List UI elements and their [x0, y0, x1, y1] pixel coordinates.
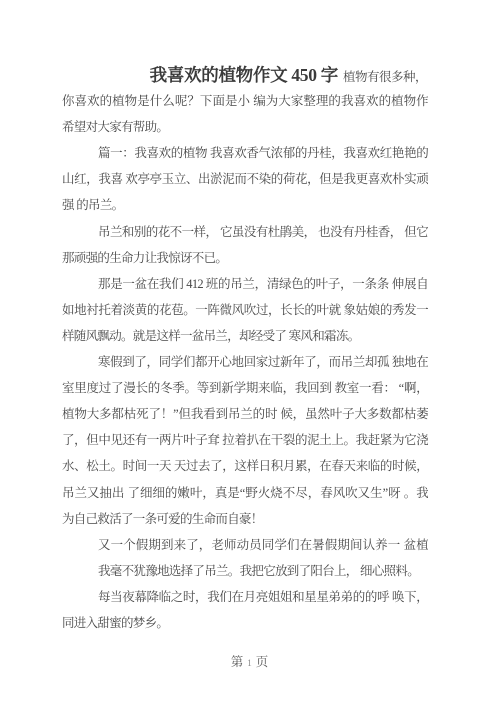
text-line: 那顽强的生命力让我惊讶不已。 [62, 245, 428, 271]
page-footer-suffix: 页 [256, 655, 270, 669]
page-footer-prefix: 第 [231, 655, 245, 669]
document-title-line: 我喜欢的植物作文 450 字植物有很多种， [0, 62, 500, 88]
text-line: 水、松土。时间一天 天过去了，这样日积月累，在春天来临的时候， [62, 453, 428, 479]
document-title: 我喜欢的植物作文 450 字 [150, 65, 338, 85]
text-line: 每当夜幕降临之时，我们在月亮姐姐和星星弟弟的的呼 唤下，共 [62, 584, 428, 610]
text-line: 为自己救活了一条可爱的生命而自豪！ [62, 506, 428, 532]
text-line: 室里度过了漫长的冬季。等到新学期来临，我回到 教室一看： “啊， [62, 375, 428, 401]
text-line: 寒假到了，同学们都开心地回家过新年了，而吊兰却孤 独地在教 [62, 349, 428, 375]
text-line: 篇一：我喜欢的植物 我喜欢香气浓郁的丹桂，我喜欢红艳艳的映 [62, 140, 428, 166]
text-line: 我毫不犹豫地选择了吊兰。我把它放到了阳台上， 细心照料。 [62, 558, 428, 584]
text-line: 又一个假期到来了，老师动员同学们在暑假期间认养一 盆植物， [62, 532, 428, 558]
document-title-suffix: 植物有很多种， [343, 70, 427, 84]
text-line: 了，但中见还有一两片叶子耷 拉着扒在干裂的泥土上。我赶紧为它浇 [62, 427, 428, 453]
page-number: 1 [247, 658, 253, 668]
page-footer: 第1页 [0, 652, 500, 670]
text-line: 那是一盆在我们 412 班的吊兰，清绿色的叶子，一条条 伸展自 [62, 271, 428, 297]
document-body: 你喜欢的植物是什么呢？下面是小 编为大家整理的我喜欢的植物作文，希望对大家有帮助… [0, 88, 500, 636]
text-line: 你喜欢的植物是什么呢？下面是小 编为大家整理的我喜欢的植物作文， [62, 88, 428, 114]
text-line: 同进入甜蜜的梦乡。 [62, 610, 428, 636]
text-line: 山红，我喜 欢亭亭玉立、出淤泥而不染的荷花，但是我更喜欢朴实顽 [62, 166, 428, 192]
text-line: 如地衬托着淡黄的花苞。一阵微风吹过，长长的叶就 象姑娘的秀发一 [62, 297, 428, 323]
text-line: 样随风飘动。就是这样一盆吊兰，却经受了 寒风和霜冻。 [62, 323, 428, 349]
text-line: 吊兰和别的花不一样， 它虽没有杜鹃美， 也没有丹桂香， 但它 [62, 219, 428, 245]
document-page: 我喜欢的植物作文 450 字植物有很多种， 你喜欢的植物是什么呢？下面是小 编为… [0, 0, 500, 708]
text-line: 强 的吊兰。 [62, 192, 428, 218]
text-line: 希望对大家有帮助。 [62, 114, 428, 140]
text-line: 吊兰又抽出 了细细的嫩叶，真是“野火烧不尽，春风吹又生”呀 。我 [62, 480, 428, 506]
text-line: 植物大多都枯死了！”但我看到吊兰的时 候，虽然叶子大多数都枯萎 [62, 401, 428, 427]
